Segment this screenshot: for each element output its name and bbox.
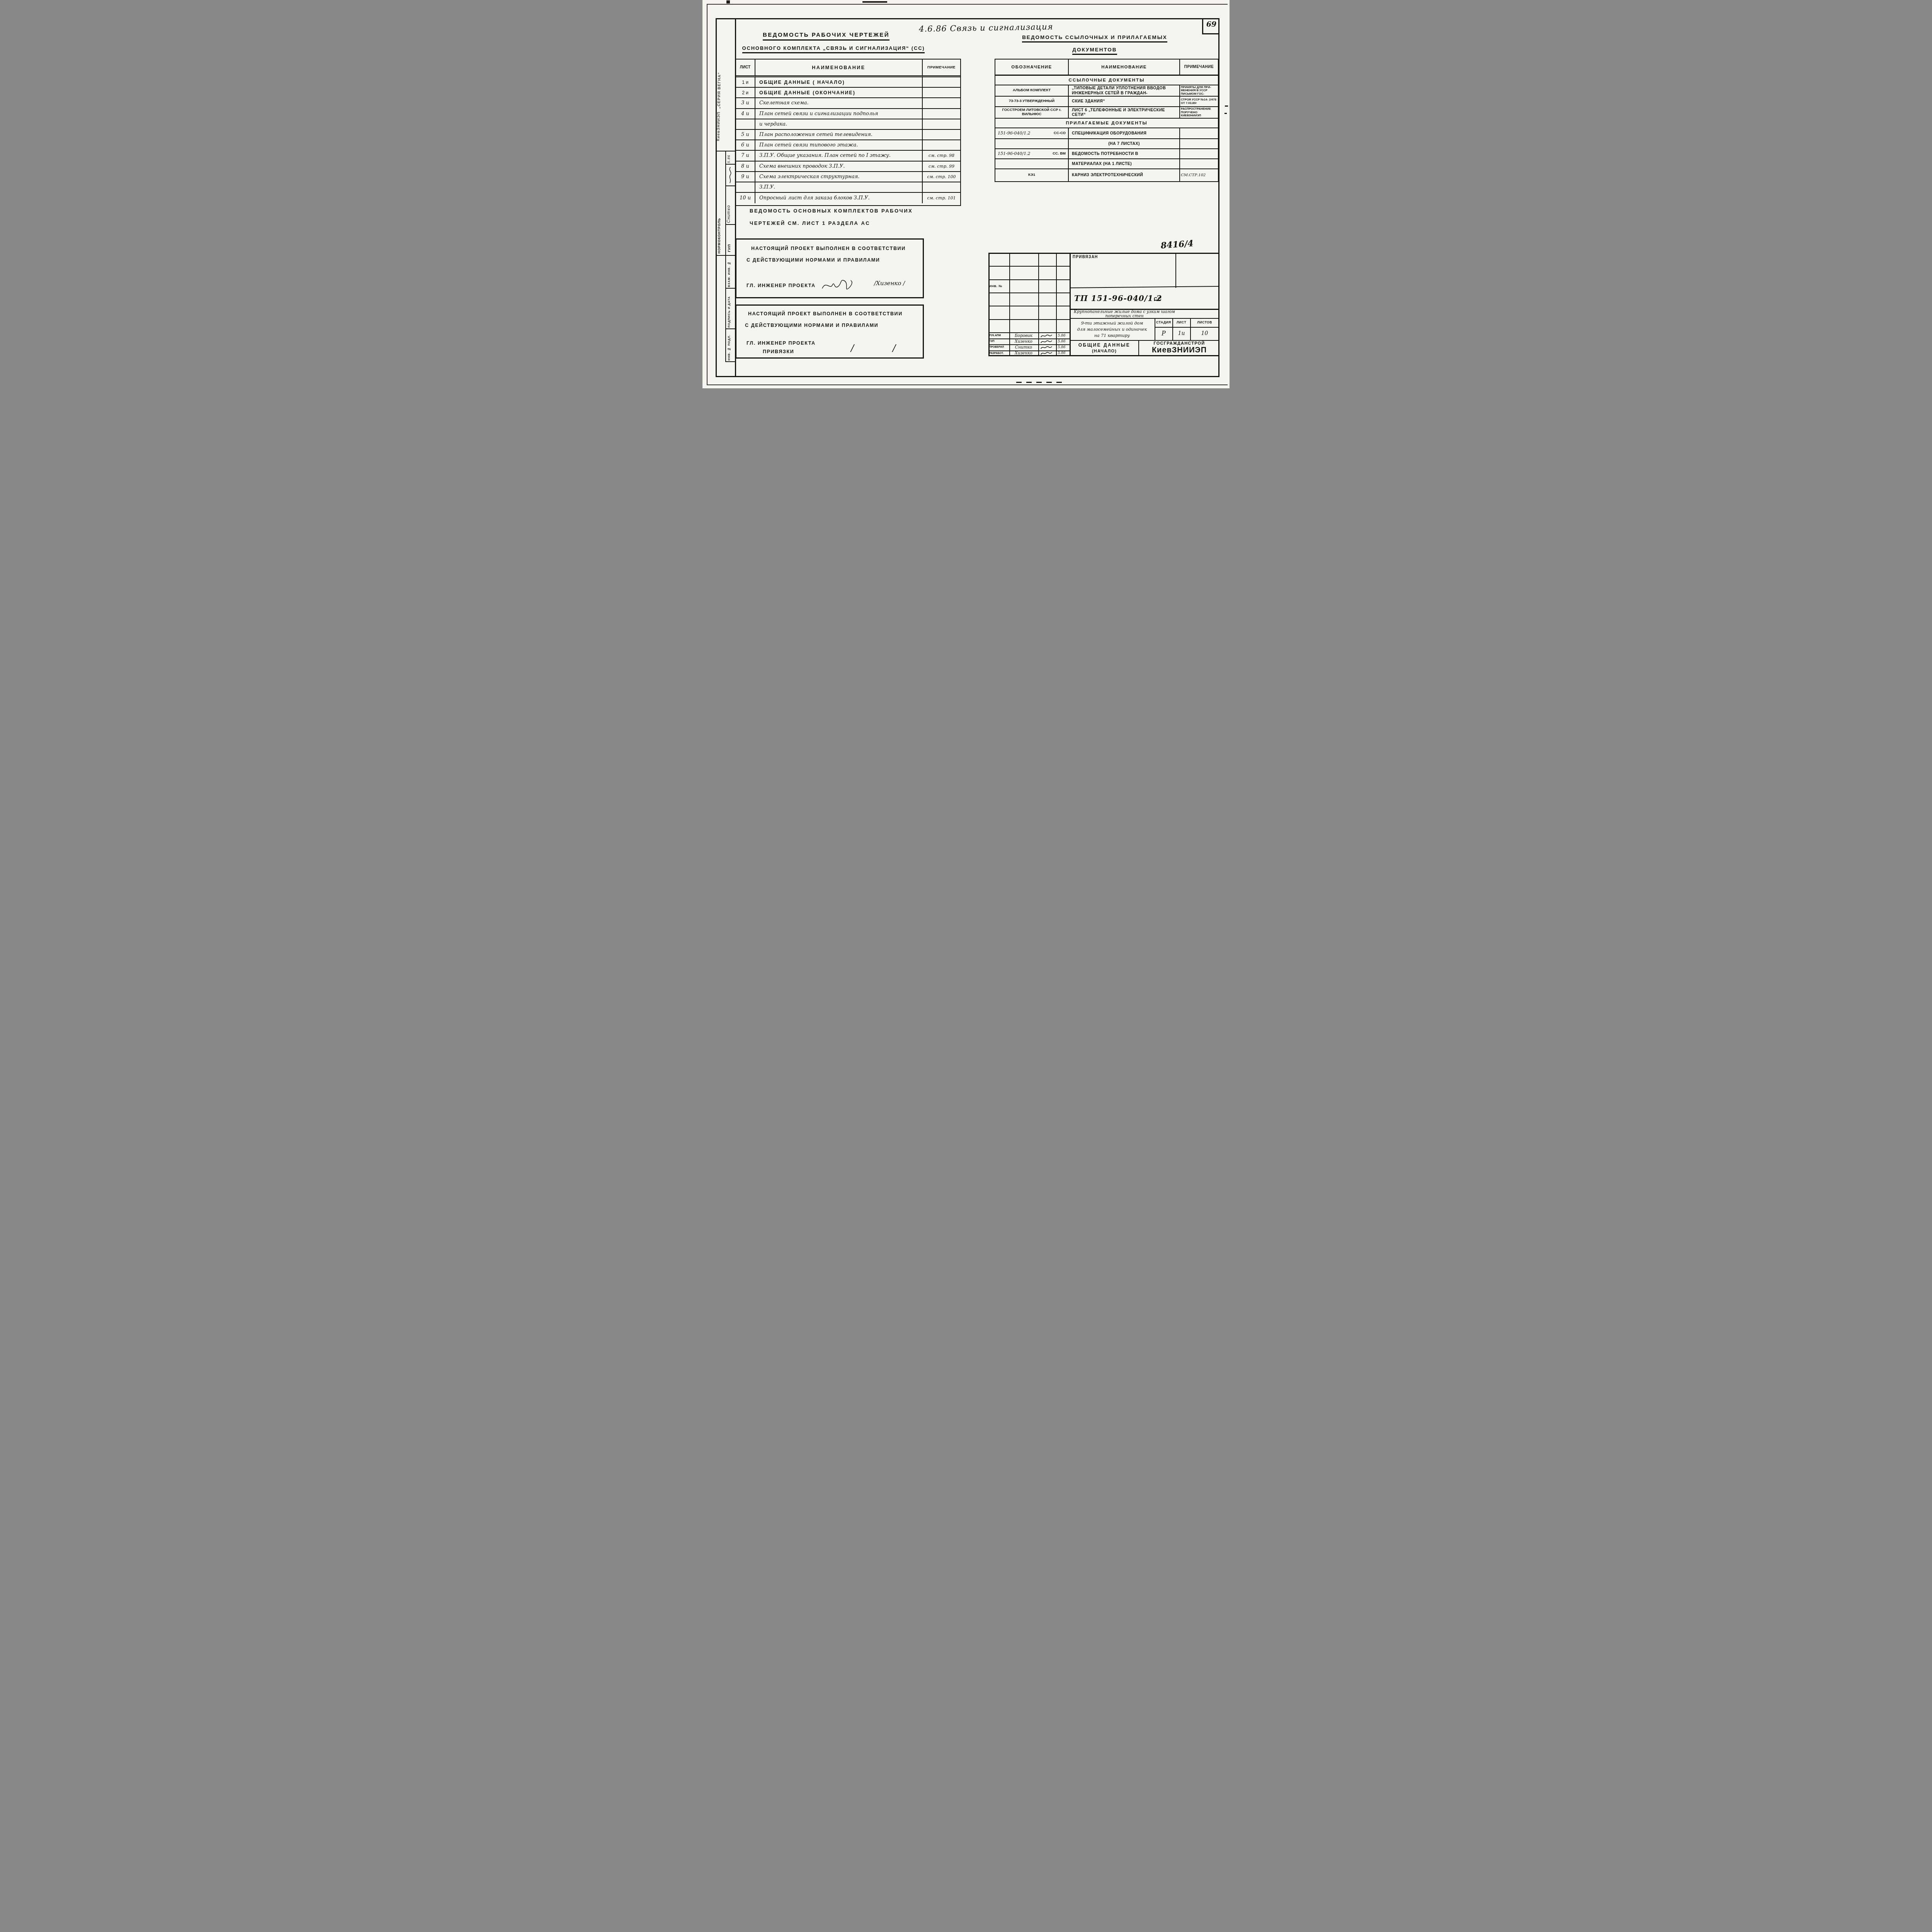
- ref-row-obj: [995, 159, 1069, 169]
- sheet-num-cell: 1 и: [736, 77, 755, 88]
- col-header-list: ЛИСТ: [736, 60, 755, 77]
- name-cell: Скелетная схема.: [755, 98, 923, 109]
- org-name-line2: КиевЗНИИЭП: [1140, 346, 1219, 355]
- sheet-title-line1: ОБЩИЕ ДАННЫЕ: [1070, 342, 1138, 348]
- object-line1: 9-ти этажный жилой дом: [1081, 321, 1143, 326]
- doc-code: СС. ВМ: [1053, 152, 1066, 156]
- inv-no-label: ИНВ. №: [989, 284, 1002, 288]
- ref-row-note: [1180, 159, 1218, 169]
- ref-row-note: РАСПРОСТРАНЕНИЕ ПОРУЧЕНО КИЕВЗНИИЭП: [1180, 107, 1218, 119]
- sheets-header: ЛИСТОВ: [1190, 320, 1219, 324]
- worksheet-title-line1: ВЕДОМОСТЬ РАБОЧИХ ЧЕРТЕЖЕЙ: [763, 32, 889, 41]
- declaration-line1: НАСТОЯЩИЙ ПРОЕКТ ВЫПОЛНЕН В СООТВЕТСТВИИ: [748, 311, 903, 316]
- note-cell: см. стр. 100: [923, 172, 960, 182]
- ref-row-name: КАРНИЗ ЭЛЕКТРОТЕХНИЧЕСКИЙ: [1069, 169, 1180, 181]
- note-cell: [923, 140, 960, 151]
- ref-row-name: „ТИПОВЫЕ ДЕТАЛИ УПЛОТНЕНИЯ ВВОДОВ ИНЖЕНЕ…: [1069, 85, 1180, 97]
- doc-number: 151-96-040/1.2: [998, 131, 1031, 136]
- signature-icon: [821, 277, 855, 292]
- note-cell: [923, 88, 960, 98]
- sheet-num-cell: 7 и: [736, 151, 755, 161]
- ref-row-name: ВЕДОМОСТЬ ПОТРЕБНОСТИ В: [1069, 149, 1180, 159]
- sheet-value: 1и: [1173, 330, 1190, 337]
- declaration-line1: НАСТОЯЩИЙ ПРОЕКТ ВЫПОЛНЕН В СООТВЕТСТВИИ: [751, 246, 906, 251]
- sheet-num-cell: 5 и: [736, 130, 755, 140]
- name-cell: План сетей связи и сигнализации подполья: [755, 109, 923, 119]
- ref-row-note: ПРИНЯТЫ ДЛЯ ПРИ­МЕНЕНИЯ В УССР ПИСЬМОМ Г…: [1180, 85, 1218, 97]
- scan-artifact: [1225, 113, 1227, 114]
- grid-line: [1175, 253, 1176, 288]
- col-header-name: НАИМЕНОВАНИЕ: [755, 60, 923, 77]
- signature-rows: РУК.АПМ Боровик 5.86 ГИП Хизенко 5.86 ПР…: [989, 333, 1069, 356]
- sheet-num-cell: 10 и: [736, 193, 755, 203]
- note-cell: [923, 130, 960, 140]
- declaration-line2: С ДЕЙСТВУЮЩИМИ НОРМАМИ И ПРАВИЛАМИ: [747, 257, 880, 263]
- stage-value: Р: [1155, 330, 1172, 337]
- name-cell: З.П.У.: [755, 182, 923, 193]
- ref-row-name: ЛИСТ 6 „ТЕЛЕФОННЫЕ И ЭЛЕКТРИЧЕС­КИЕ СЕТИ…: [1069, 107, 1180, 119]
- name-cell: ОБЩИЕ ДАННЫЕ (ОКОНЧАНИЕ): [755, 88, 923, 98]
- scan-artifact: [862, 1, 887, 3]
- privyazan-label: ПРИВЯЗАН: [1073, 255, 1098, 259]
- note-cell: см. стр. 98: [923, 151, 960, 161]
- grid-line: [988, 279, 1070, 280]
- podpis-data-label: ПОДПИСЬ И ДАТА: [727, 289, 731, 328]
- col-header-note: ПРИМЕЧАНИЕ: [1180, 60, 1218, 76]
- ref-row-name: СКИЕ ЗДАНИЯ“: [1069, 97, 1180, 107]
- ref-row-note: СТРОЯ УССР №14- 2/478 ОТ 7.03.80г: [1180, 97, 1218, 107]
- col-header-note: ПРИМЕЧАНИЕ: [923, 60, 960, 77]
- worksheet-title-2: ОСНОВНОГО КОМПЛЕКТА „СВЯЗЬ И СИГНАЛИЗАЦИ…: [736, 45, 931, 53]
- grid-line: [988, 319, 1070, 320]
- stamp-line2: „СЕРИЯ ВЕГНА“: [717, 72, 722, 109]
- divider-line: [725, 255, 726, 361]
- sheet-num-cell: 3 и: [736, 98, 755, 109]
- ref-row-name: (НА 7 ЛИСТАХ): [1069, 139, 1180, 149]
- ref-row-obj: 73-73-3 УТВЕРЖДЕННЫЙ: [995, 97, 1069, 107]
- normokontrol-label: НОРМОКОНТРОЛЬ: [717, 154, 721, 253]
- divider-line: [1202, 18, 1203, 34]
- ref-title-line1: ВЕДОМОСТЬ ССЫЛОЧНЫХ И ПРИЛАГАЕМЫХ: [1022, 34, 1167, 43]
- sheet-num-cell: [736, 182, 755, 193]
- ref-row-note: [1180, 149, 1218, 159]
- normokontrol-signature: [726, 165, 735, 185]
- signature-slash: /: [893, 343, 896, 354]
- name-cell: План сетей связи типового этажа.: [755, 140, 923, 151]
- series-line2: поперечных стен: [1105, 314, 1143, 318]
- section-referenced-docs: ССЫЛОЧНЫЕ ДОКУМЕНТЫ: [995, 76, 1218, 85]
- sheets-value: 10: [1190, 330, 1219, 337]
- worksheet-table: ЛИСТ НАИМЕНОВАНИЕ ПРИМЕЧАНИЕ 1 и ОБЩИЕ Д…: [735, 59, 961, 206]
- col-header-name: НАИМЕНОВАНИЕ: [1069, 60, 1180, 76]
- grid-line: [988, 293, 1070, 293]
- scan-artifact: [1225, 105, 1228, 107]
- inv-podl-label: ИНВ. № ПОДЛ.: [727, 330, 731, 361]
- signature-slash: /: [851, 343, 854, 354]
- name-cell: Схема внешних проводок З.П.У.: [755, 162, 923, 172]
- project-doc-number: ТП 151-96-040/1.2: [1074, 294, 1162, 303]
- divider-line: [725, 185, 735, 186]
- drawing-sheet: 69 КиевЗНИИЭП „СЕРИЯ ВЕГНА“ НОРМОКОНТРОЛ…: [702, 0, 1230, 388]
- sheet-num-cell: [736, 119, 755, 130]
- divider-line: [1202, 33, 1219, 34]
- ref-title-1: ВЕДОМОСТЬ ССЫЛОЧНЫХ И ПРИЛАГАЕМЫХ: [996, 34, 1193, 43]
- divider-line: [725, 328, 735, 329]
- ref-title-2: ДОКУМЕНТОВ: [996, 46, 1193, 55]
- ref-row-note: [1180, 128, 1218, 139]
- sheet-number: 69: [1205, 20, 1218, 29]
- ref-row-obj: [995, 139, 1069, 149]
- stamp-line1: КиевЗНИИЭП: [716, 112, 721, 141]
- sheet-num-cell: 8 и: [736, 162, 755, 172]
- note-cell: [923, 119, 960, 130]
- doc-code: СС-СО: [1054, 131, 1066, 136]
- signature-icon: [727, 167, 733, 184]
- org-name-line1: ГОСГРАЖДАНСТРОЙ: [1140, 341, 1219, 346]
- object-line2: для малосемейных и одиночек: [1077, 327, 1147, 332]
- series-name: Крупнопанельные жилые дома с узким шагом…: [1070, 310, 1179, 318]
- grid-line: [988, 266, 1070, 267]
- grid-line: [1070, 318, 1219, 319]
- main-sets-note-line1: ВЕДОМОСТЬ ОСНОВНЫХ КОМПЛЕКТОВ РАБОЧИХ: [750, 208, 913, 214]
- sheet-title-line2: (НАЧАЛО): [1070, 349, 1138, 354]
- name-cell: ОБЩИЕ ДАННЫЕ ( НАЧАЛО): [755, 77, 923, 88]
- scan-artifact: [726, 0, 730, 3]
- ref-row-obj: ГОССТРОЕМ ЛИТОВСКОЙ ССР г. ВИЛЬНЮС: [995, 107, 1069, 119]
- vzam-inv-label: ВЗАМ. ИНВ. №: [727, 256, 731, 287]
- declaration-line2: С ДЕЙСТВУЮЩИМИ НОРМАМИ И ПРАВИЛАМИ: [745, 323, 878, 328]
- section-attached-docs: ПРИЛАГАЕМЫЕ ДОКУМЕНТЫ: [995, 119, 1218, 128]
- note-cell: [923, 77, 960, 88]
- name-cell: и чердака.: [755, 119, 923, 130]
- ref-row-obj: АЛЬБОМ КОМПЛЕКТ: [995, 85, 1069, 97]
- sheet-num-cell: 4 и: [736, 109, 755, 119]
- chief-engineer-label: ГЛ. ИНЖЕНЕР ПРОЕКТА: [747, 283, 816, 288]
- name-cell: Схема электрическая структурная.: [755, 172, 923, 182]
- ref-row-note: [1180, 139, 1218, 149]
- ref-row-obj: 151-96-040/1.2 СС. ВМ: [995, 149, 1069, 159]
- grid-line: [1070, 340, 1219, 341]
- chief-engineer-signature: [821, 277, 855, 294]
- declaration-box-2: НАСТОЯЩИЙ ПРОЕКТ ВЫПОЛНЕН В СООТВЕТСТВИИ…: [735, 304, 924, 359]
- object-line3: на 71 квартиру: [1094, 333, 1130, 338]
- set-code: СС: [1154, 296, 1162, 302]
- note-cell: см. стр. 101: [923, 193, 960, 203]
- sheet-num-cell: 9 и: [736, 172, 755, 182]
- ref-row-name: СПЕЦИФИКАЦИЯ ОБОРУДОВАНИЯ: [1069, 128, 1180, 139]
- chief-engineer-label: ГЛ. ИНЖЕНЕР ПРОЕКТА: [747, 340, 816, 346]
- ref-row-obj: КЭ1: [995, 169, 1069, 181]
- name-cell: З.П.У. Общие указания. План сетей по I э…: [755, 151, 923, 161]
- scan-artifact: [1016, 382, 1066, 383]
- ref-row-name: МАТЕРИАЛАХ (НА 1 ЛИСТЕ): [1069, 159, 1180, 169]
- grid-line: [1155, 327, 1219, 328]
- sheet-num-cell: 2 и: [736, 88, 755, 98]
- sheet-num-cell: 6 и: [736, 140, 755, 151]
- doc-number: 151-96-040/1.2: [998, 151, 1031, 156]
- reference-table: ОБОЗНАЧЕНИЕ НАИМЕНОВАНИЕ ПРИМЕЧАНИЕ ССЫЛ…: [995, 59, 1219, 182]
- declaration-box-1: НАСТОЯЩИЙ ПРОЕКТ ВЫПОЛНЕН В СООТВЕТСТВИИ…: [735, 238, 924, 298]
- name-cell: Опросный лист для заказа блоков З.П.У.: [755, 193, 923, 203]
- normokontrol-date: 5.86: [727, 151, 731, 163]
- divider-line: [725, 288, 735, 289]
- normokontrol-name: Снитко: [726, 187, 731, 223]
- chief-engineer-name: /Хизенко /: [874, 280, 905, 287]
- divider-line: [725, 361, 735, 362]
- note-cell: [923, 182, 960, 193]
- divider-line: [725, 224, 735, 225]
- sheet-header: ЛИСТ: [1173, 320, 1190, 324]
- object-name: 9-ти этажный жилой дом для малосемейных …: [1070, 320, 1154, 339]
- note-cell: [923, 98, 960, 109]
- grid-line: [988, 306, 1070, 306]
- note-cell: см. стр. 99: [923, 162, 960, 172]
- worksheet-title-line2: ОСНОВНОГО КОМПЛЕКТА „СВЯЗЬ И СИГНАЛИЗАЦИ…: [742, 45, 925, 53]
- divider-line: [725, 164, 735, 165]
- gip-label: ГИП: [727, 229, 731, 252]
- ref-title-line2: ДОКУМЕНТОВ: [1072, 47, 1117, 55]
- stage-header: СТАДИЯ: [1155, 320, 1172, 324]
- main-sets-note-line2: ЧЕРТЕЖЕЙ СМ. ЛИСТ 1 РАЗДЕЛА АС: [750, 220, 870, 226]
- grid-line: [1138, 340, 1139, 356]
- ref-row-obj: 151-96-040/1.2 СС-СО: [995, 128, 1069, 139]
- ref-row-note: СМ.СТР.102: [1180, 169, 1218, 181]
- chief-engineer-label2: ПРИВЯЗКИ: [763, 349, 794, 354]
- worksheet-title-1: ВЕДОМОСТЬ РАБОЧИХ ЧЕРТЕЖЕЙ: [745, 32, 907, 41]
- col-header-designation: ОБОЗНАЧЕНИЕ: [995, 60, 1069, 76]
- name-cell: План расположения сетей телевидения.: [755, 130, 923, 140]
- note-cell: [923, 109, 960, 119]
